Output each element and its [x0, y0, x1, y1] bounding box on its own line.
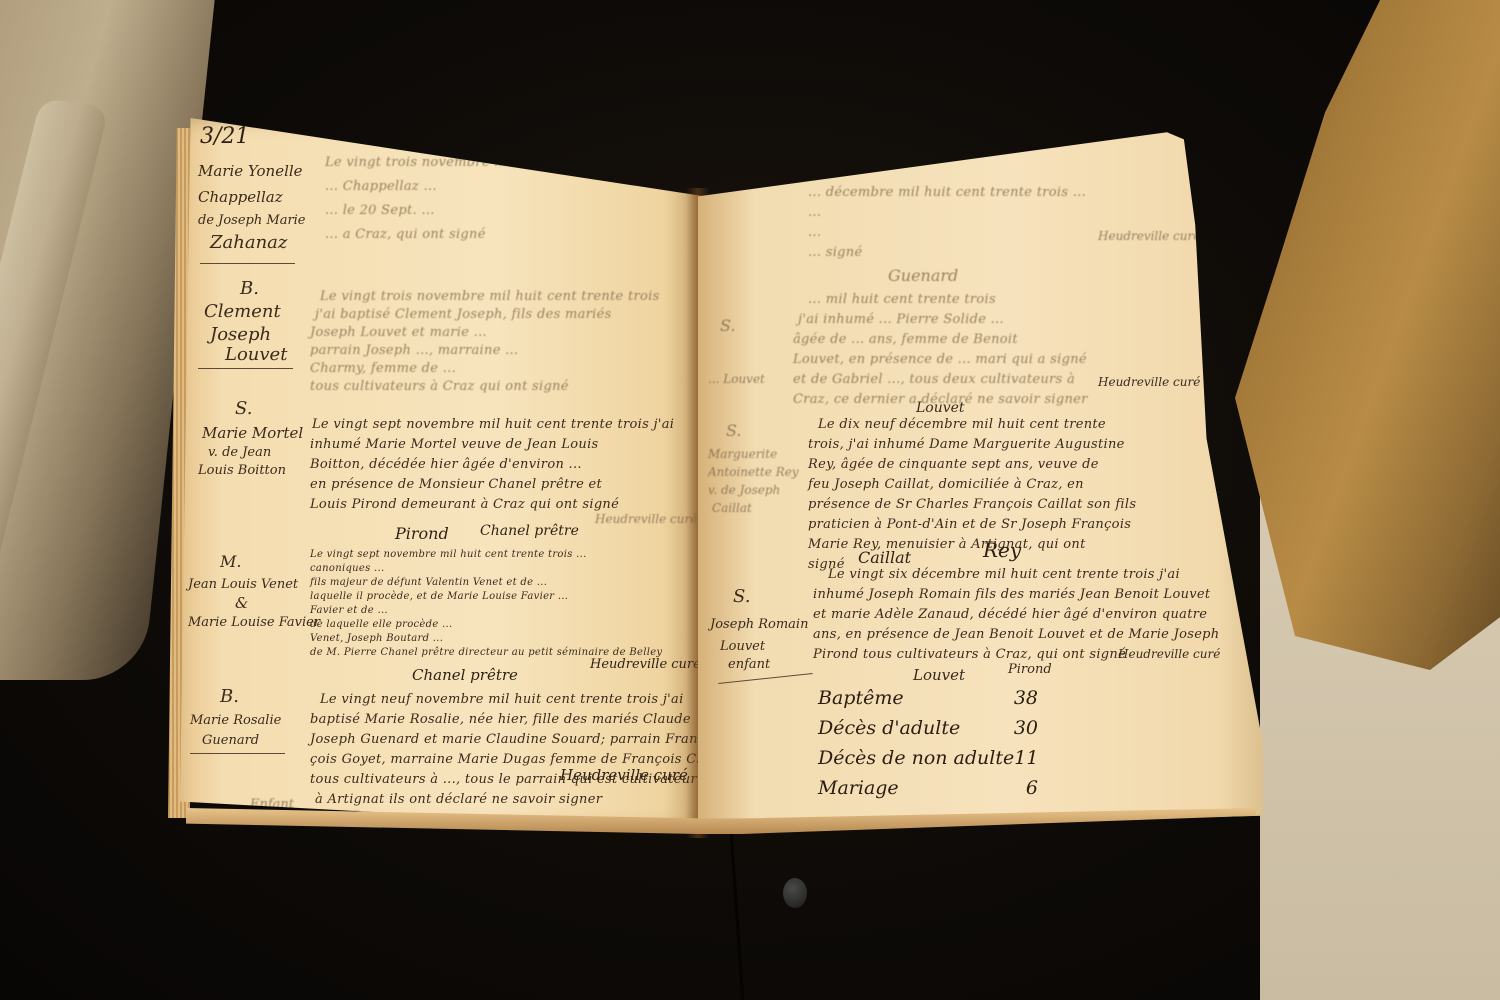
margin-name: Joseph — [210, 326, 271, 344]
text-line: Le dix neuf décembre mil huit cent trent… — [818, 418, 1106, 431]
text-line: âgée de ... ans, femme de Benoit — [793, 333, 1018, 346]
text-line: parrain Joseph ..., marraine ... — [310, 344, 518, 357]
tally-row-adult-deaths: Décès d'adulte 30 — [818, 713, 1038, 743]
text-line: ... Chappellaz ... — [325, 180, 437, 193]
signature: Chanel prêtre — [480, 524, 579, 538]
margin-name: Chappellaz — [198, 190, 283, 205]
margin-name: Zahanaz — [210, 234, 287, 252]
signature: Heudreville curé — [1118, 648, 1220, 660]
margin-name: Joseph Romain — [710, 618, 808, 631]
text-line: ... décembre mil huit cent trente trois … — [808, 186, 1086, 199]
signature: Heudreville curé — [560, 768, 688, 783]
margin-name: Caillat — [712, 502, 752, 514]
text-line: Rey, âgée de cinquante sept ans, veuve d… — [808, 458, 1099, 471]
divider — [718, 673, 813, 684]
entry-heading: Guenard — [888, 268, 958, 284]
signature: Louvet — [916, 401, 965, 415]
signature: Pirond — [395, 526, 449, 542]
text-line: ... mil huit cent trente trois — [808, 293, 996, 306]
bottom-margin-note: Enfant — [250, 798, 294, 811]
margin-name: & — [235, 596, 248, 611]
text-line: Le vingt sept novembre mil huit cent tre… — [310, 550, 587, 560]
text-line: Charmy, femme de ... — [310, 362, 456, 375]
text-line: Louvet, en présence de ... mari qui a si… — [793, 353, 1087, 366]
margin-name: v. de Joseph — [708, 484, 780, 496]
margin-name: ... Louvet — [708, 373, 765, 385]
tally-value: 6 — [1026, 779, 1038, 798]
text-line: inhumé Marie Mortel veuve de Jean Louis — [310, 438, 599, 451]
signature: Chanel prêtre — [412, 668, 518, 683]
text-line: ... signé — [808, 246, 862, 259]
text-line: canoniques ... — [310, 564, 384, 574]
signature: Heudreville curé — [595, 513, 697, 525]
margin-name: Marie Louise Favier — [188, 616, 320, 629]
entry-type-mark: S. — [720, 318, 735, 334]
signature: Heudreville curé — [590, 658, 701, 671]
text-line: Joseph Guenard et marie Claudine Souard;… — [310, 733, 702, 746]
divider — [200, 263, 295, 264]
left-page: 3/21 Marie Yonelle Chappellaz de Joseph … — [180, 118, 705, 830]
margin-name: Louvet — [720, 640, 765, 653]
text-line: et de Gabriel ..., tous deux cultivateur… — [793, 373, 1075, 386]
text-line: Venet, Joseph Boutard ... — [310, 634, 443, 644]
entry-type-mark: B. — [240, 280, 259, 298]
tally-value: 38 — [1014, 689, 1038, 708]
photo-scene: 3/21 Marie Yonelle Chappellaz de Joseph … — [0, 0, 1500, 1000]
cloth-fold — [0, 98, 109, 623]
tally-row-marriages: Mariage 6 — [818, 773, 1038, 803]
signature: Caillat — [858, 550, 911, 566]
text-line: j'ai baptisé Clement Joseph, fils des ma… — [315, 308, 612, 321]
entry-type-mark: B. — [220, 688, 239, 706]
text-line: praticien à Pont-d'Ain et de Sr Joseph F… — [808, 518, 1131, 531]
text-line: Le vingt six décembre mil huit cent tren… — [828, 568, 1180, 581]
page-number: 3/21 — [200, 126, 249, 148]
signature: Rey — [983, 540, 1021, 560]
text-line: Joseph Louvet et marie ... — [310, 326, 487, 339]
text-line: Marie Rey, menuisier à Artignat, qui ont — [808, 538, 1086, 551]
margin-name: de Joseph Marie — [198, 214, 306, 227]
text-line: tous cultivateurs à Craz qui ont signé — [310, 380, 569, 393]
entry-type-mark: S. — [733, 588, 750, 606]
tally-label: Baptême — [818, 689, 904, 708]
text-line: Le vingt sept novembre mil huit cent tre… — [312, 418, 674, 431]
text-line: j'ai inhumé ... Pierre Solide ... — [798, 313, 1004, 326]
tally-value: 11 — [1014, 749, 1038, 768]
text-line: Le vingt neuf novembre mil huit cent tre… — [320, 693, 684, 706]
signature: Heudreville curé — [1098, 376, 1200, 388]
margin-name: Louvet — [225, 346, 287, 364]
text-line: ... — [808, 226, 821, 239]
margin-name: Marie Yonelle — [198, 164, 303, 179]
margin-name: Louis Boitton — [198, 464, 286, 477]
year-tally: Baptême 38 Décès d'adulte 30 Décès de no… — [818, 683, 1038, 803]
text-line: laquelle il procède, et de Marie Louise … — [310, 592, 568, 602]
text-line: de laquelle elle procède ... — [310, 620, 452, 630]
margin-name: Clement — [204, 303, 281, 321]
text-line: Pirond tous cultivateurs à Craz, qui ont… — [813, 648, 1126, 661]
signature: Pirond — [1008, 663, 1052, 676]
shirt-button — [783, 878, 807, 908]
margin-name: Antoinette Rey — [708, 466, 799, 478]
tally-row-child-deaths: Décès de non adulte 11 — [818, 743, 1038, 773]
text-line: et marie Adèle Zanaud, décédé hier âgé d… — [813, 608, 1207, 621]
parish-register-book: 3/21 Marie Yonelle Chappellaz de Joseph … — [168, 118, 1263, 846]
text-line: trois, j'ai inhumé Dame Marguerite Augus… — [808, 438, 1125, 451]
tally-row-baptism: Baptême 38 — [818, 683, 1038, 713]
tally-value: 30 — [1014, 719, 1038, 738]
text-line: fils majeur de défunt Valentin Venet et … — [310, 578, 547, 588]
divider — [198, 368, 293, 369]
margin-name: Jean Louis Venet — [188, 578, 298, 591]
tally-label: Décès d'adulte — [818, 719, 960, 738]
text-line: Favier et de ... — [310, 606, 388, 616]
text-line: baptisé Marie Rosalie, née hier, fille d… — [310, 713, 691, 726]
margin-name: Guenard — [202, 734, 259, 747]
text-line: çois Goyet, marraine Marie Dugas femme d… — [310, 753, 705, 766]
tally-label: Mariage — [818, 779, 899, 798]
margin-name: v. de Jean — [208, 446, 271, 459]
entry-type-mark: S. — [235, 400, 252, 418]
margin-name: Marie Rosalie — [190, 714, 281, 727]
signature: Heudreville curé — [1098, 230, 1200, 242]
margin-name: Marguerite — [708, 448, 777, 460]
text-line: ... a Craz, qui ont signé — [325, 228, 486, 241]
margin-name: enfant — [728, 658, 770, 671]
text-line: Le vingt trois novembre mil huit cent tr… — [320, 290, 660, 303]
text-line: Louis Pirond demeurant à Craz qui ont si… — [310, 498, 619, 511]
signature: Louvet — [913, 668, 965, 683]
entry-type-mark: S. — [726, 423, 741, 439]
entry-type-mark: M. — [220, 554, 241, 570]
text-line: présence de Sr Charles François Caillat … — [808, 498, 1136, 511]
text-line: à Artignat ils ont déclaré ne savoir sig… — [315, 793, 602, 806]
margin-name: Marie Mortel — [202, 426, 303, 441]
text-line: inhumé Joseph Romain fils des mariés Jea… — [813, 588, 1210, 601]
text-line: Le vingt trois novembre mil huit cent tr… — [325, 156, 665, 169]
text-line: en présence de Monsieur Chanel prêtre et — [310, 478, 602, 491]
divider — [190, 753, 285, 754]
text-line: Boitton, décédée hier âgée d'environ ... — [310, 458, 582, 471]
tally-label: Décès de non adulte — [818, 749, 1014, 768]
text-line: feu Joseph Caillat, domiciliée à Craz, e… — [808, 478, 1084, 491]
text-line: ... le 20 Sept. ... — [325, 204, 435, 217]
text-line: ... — [808, 206, 821, 219]
text-line: ans, en présence de Jean Benoit Louvet e… — [813, 628, 1219, 641]
